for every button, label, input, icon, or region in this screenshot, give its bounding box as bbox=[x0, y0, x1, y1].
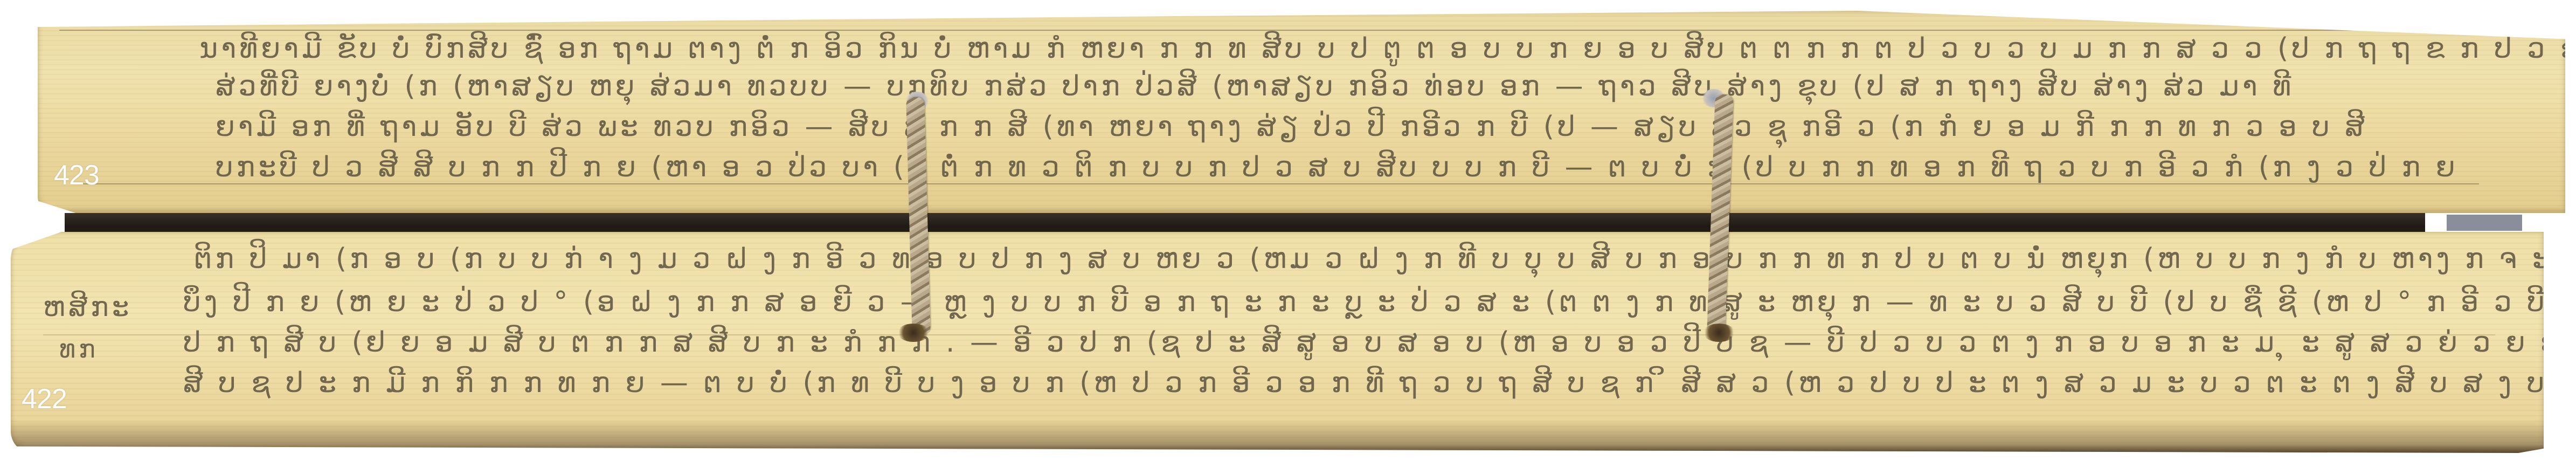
manuscript-line-3: ປ ກ ຖ ສີ ບ (ຢ ຍ ອ ມ ສີ ບ ຕ ກ ກ ສ ສີ ບ ກ … bbox=[183, 326, 2576, 359]
manuscript-line-4: ສີ ບ ຊ ປ ະ ກ ມີ ກ ກິ ກ ກ ທ ກ ຍ — ຕ ບ ບໍ່… bbox=[183, 367, 2576, 399]
ruled-line bbox=[59, 30, 2511, 31]
manuscript-line-4: ບກະບີ ປ ວ ສີ ສີ ບ ກ ກ ປີ ກ ຍ (ຫາ ອ ວ ປ່ວ… bbox=[216, 151, 2459, 183]
leaf-gap-background bbox=[2447, 215, 2522, 231]
margin-note-line-1: ຫສີກະ bbox=[43, 291, 132, 322]
ruled-line bbox=[81, 183, 2479, 184]
manuscript-line-1: ຕິກ ປິ ມາ (ກ ອ ບ (ກ ບ ບ ກ່ າ ງ ມ ວ ຝ ງ ກ… bbox=[194, 243, 2576, 275]
manuscript-photo: ນາທີຍາມີ ຂັບ ບໍ່ ບົກສີບ ຊົ່ ອກ ຖາມ ຕາງ ຕ… bbox=[0, 0, 2576, 460]
leaf-number-label: 423 bbox=[54, 159, 99, 191]
palm-leaf-422: ຫສີກະ ທກ ຕິກ ປິ ມາ (ກ ອ ບ (ກ ບ ບ ກ່ າ ງ … bbox=[11, 232, 2544, 453]
margin-note-line-2: ທກ bbox=[59, 334, 99, 363]
binding-hole-icon bbox=[897, 324, 930, 342]
manuscript-line-3: ຍາມີ ອກ ທີ່ ຖາມ ອັບ ບີ ສ່ວ ພະ ທວບ ກອິວ —… bbox=[216, 111, 2368, 143]
manuscript-line-2: ບຶງ ປີ ກ ຍ (ຫ ຍ ະ ປ່ ວ ປ ° (ອ ຝ ງ ກ ກ ສ … bbox=[183, 286, 2576, 318]
palm-leaf-423: ນາທີຍາມີ ຂັບ ບໍ່ ບົກສີບ ຊົ່ ອກ ຖາມ ຕາງ ຕ… bbox=[38, 11, 2565, 213]
manuscript-line-2: ສ່ວທີ່ບີ ຍາງບໍ່ (ກ (ຫາສຽບ ຫຍຸ ສ່ວມາ ທວບບ… bbox=[216, 70, 2294, 102]
leaf-number-label: 422 bbox=[22, 383, 67, 415]
binding-hole-icon bbox=[1703, 324, 1735, 342]
manuscript-line-1: ນາທີຍາມີ ຂັບ ບໍ່ ບົກສີບ ຊົ່ ອກ ຖາມ ຕາງ ຕ… bbox=[199, 32, 2576, 65]
